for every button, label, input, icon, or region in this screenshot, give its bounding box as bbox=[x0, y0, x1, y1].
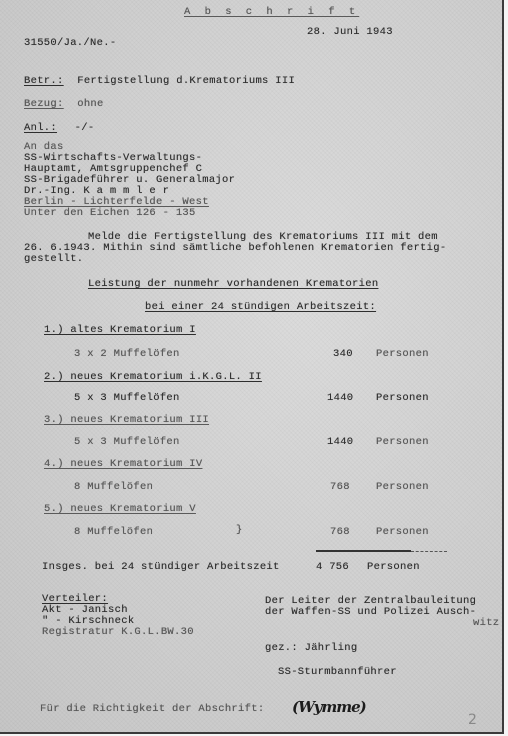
item-unit: Personen bbox=[376, 437, 429, 448]
item-value: 768 bbox=[330, 527, 350, 538]
total-label: Insges. bei 24 stündiger Arbeitszeit bbox=[42, 562, 280, 573]
item-unit: Personen bbox=[376, 393, 429, 404]
item-value: 1440 bbox=[327, 437, 353, 448]
bezug-label: Bezug: bbox=[24, 98, 64, 110]
distribution-line: Registratur K.G.L.BW.30 bbox=[42, 627, 194, 638]
item-unit: Personen bbox=[376, 482, 429, 493]
item-label: 2.) neues Krematorium i.K.G.L. II bbox=[44, 372, 262, 383]
item-detail: 8 Muffelöfen bbox=[74, 482, 153, 493]
document-heading: A b s c h r i f t bbox=[184, 7, 359, 18]
body-line: 26. 6.1943. Mithin sind sämtliche befohl… bbox=[24, 243, 446, 254]
item-label: 5.) neues Krematorium V bbox=[44, 504, 196, 515]
handwritten-signature: (Wymme) bbox=[292, 698, 366, 716]
item-value: 768 bbox=[330, 482, 350, 493]
reference-number: 31550/Ja./Ne.- bbox=[24, 38, 116, 49]
bracket-mark: } bbox=[236, 525, 243, 536]
item-detail: 3 x 2 Muffelöfen bbox=[74, 349, 180, 360]
table-subtitle: bei einer 24 stündigen Arbeitszeit: bbox=[145, 302, 376, 313]
sender-line: der Waffen-SS und Polizei Ausch- bbox=[265, 607, 476, 618]
item-unit: Personen bbox=[376, 349, 429, 360]
item-unit: Personen bbox=[376, 527, 429, 538]
total-value: 4 756 bbox=[316, 562, 349, 573]
item-detail: 5 x 3 Muffelöfen bbox=[74, 393, 180, 404]
bezug-line: Bezug: ohne bbox=[24, 93, 104, 111]
subject-text: Fertigstellung d.Krematoriums III bbox=[77, 75, 295, 87]
item-value: 340 bbox=[333, 349, 353, 360]
sender-line: witz bbox=[473, 618, 499, 629]
table-title: Leistung der nunmehr vorhandenen Kremato… bbox=[88, 279, 378, 290]
subject-line: Betr.: Fertigstellung d.Krematoriums III bbox=[24, 70, 295, 88]
bezug-text: ohne bbox=[77, 98, 103, 110]
item-value: 1440 bbox=[327, 393, 353, 404]
document-date: 28. Juni 1943 bbox=[307, 27, 393, 38]
anlagen-label: Anl.: bbox=[24, 122, 57, 134]
certification-text: Für die Richtigkeit der Abschrift: bbox=[40, 704, 264, 715]
item-label: 3.) neues Krematorium III bbox=[44, 415, 209, 426]
recipient-line: Unter den Eichen 126 - 135 bbox=[24, 208, 196, 219]
document-page: A b s c h r i f t 28. Juni 1943 31550/Ja… bbox=[0, 0, 504, 734]
body-line: gestellt. bbox=[24, 254, 83, 265]
anlagen-text: -/- bbox=[75, 122, 95, 134]
anlagen-line: Anl.: -/- bbox=[24, 117, 94, 135]
signer-rank: SS-Sturmbannführer bbox=[278, 667, 397, 678]
page-number: 2 bbox=[468, 712, 477, 728]
sum-rule-dashed bbox=[411, 551, 447, 553]
subject-label: Betr.: bbox=[24, 75, 64, 87]
total-unit: Personen bbox=[367, 562, 420, 573]
signed-name: gez.: Jährling bbox=[265, 643, 357, 654]
item-label: 4.) neues Krematorium IV bbox=[44, 459, 202, 470]
sum-rule bbox=[316, 550, 411, 552]
item-detail: 5 x 3 Muffelöfen bbox=[74, 437, 180, 448]
item-label: 1.) altes Krematorium I bbox=[44, 325, 196, 336]
item-detail: 8 Muffelöfen bbox=[74, 527, 153, 538]
